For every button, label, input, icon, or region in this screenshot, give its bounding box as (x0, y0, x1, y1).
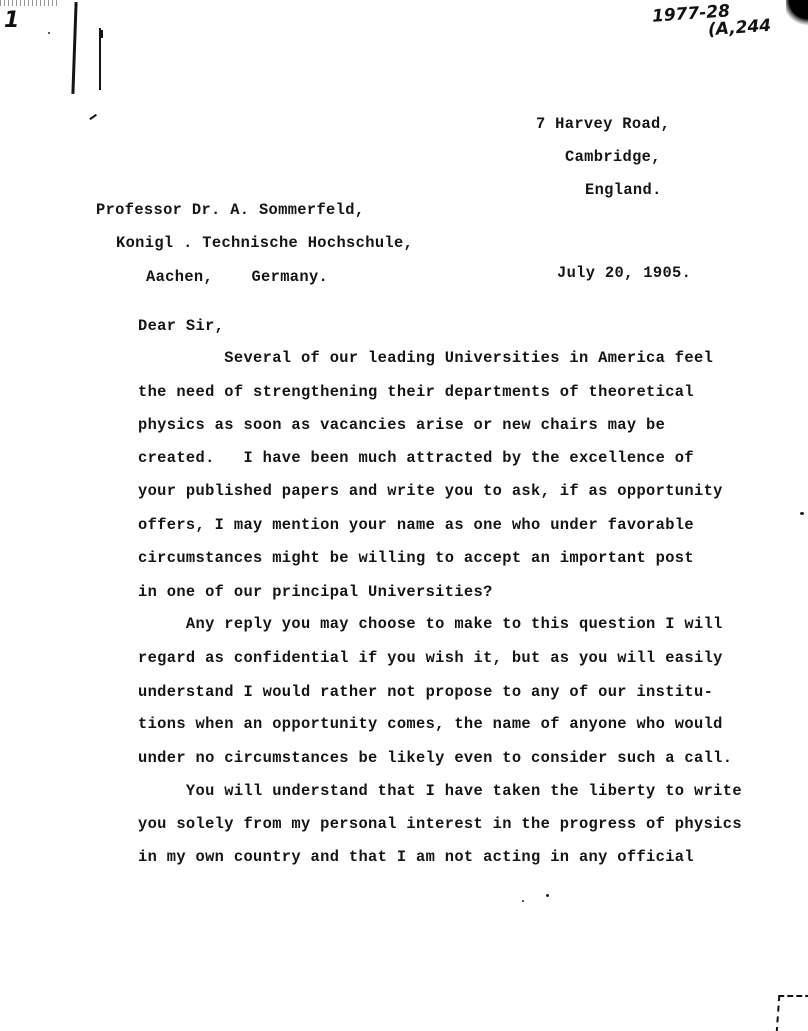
body-line: understand I would rather not propose to… (138, 683, 713, 701)
letter-date: July 20, 1905. (557, 264, 691, 282)
body-line: regard as confidential if you wish it, b… (138, 649, 723, 667)
body-line: Any reply you may choose to make to this… (138, 615, 723, 633)
page-number-annotation: 1 (4, 8, 19, 33)
body-line: under no circumstances be likely even to… (138, 749, 732, 767)
body-line: Several of our leading Universities in A… (138, 349, 713, 367)
body-line: in my own country and that I am not acti… (138, 848, 694, 866)
scan-speck (522, 900, 524, 902)
body-line: the need of strengthening their departme… (138, 383, 694, 401)
recipient-line: Professor Dr. A. Sommerfeld, (96, 201, 364, 219)
scan-corner-blot (786, 0, 808, 26)
body-line: created. I have been much attracted by t… (138, 449, 694, 467)
recipient-line: Konigl . Technische Hochschule, (116, 234, 413, 252)
scan-speck (546, 894, 549, 897)
body-line: tions when an opportunity comes, the nam… (138, 715, 723, 733)
scan-speck (48, 32, 50, 34)
salutation: Dear Sir, (138, 317, 224, 335)
body-line: offers, I may mention your name as one w… (138, 516, 694, 534)
body-line: You will understand that I have taken th… (138, 782, 742, 800)
body-line: physics as soon as vacancies arise or ne… (138, 416, 665, 434)
body-line: in one of our principal Universities? (138, 583, 493, 601)
sender-address-line: England. (585, 181, 662, 199)
letter-page: 1 1977-28 (A,244 7 Harvey Road, Cambridg… (0, 0, 808, 1031)
scan-scratch (89, 114, 96, 120)
scan-noise (0, 0, 60, 6)
recipient-line: Aachen, Germany. (146, 268, 328, 286)
binding-mark-line (71, 2, 77, 94)
page-corner-fold (776, 995, 808, 1031)
body-line: your published papers and write you to a… (138, 482, 723, 500)
archive-ref-sub-annotation: (A,244 (707, 16, 771, 40)
binding-mark-dot (100, 30, 103, 38)
sender-address-line: Cambridge, (565, 148, 661, 166)
sender-address-line: 7 Harvey Road, (536, 115, 670, 133)
body-line: circumstances might be willing to accept… (138, 549, 694, 567)
scan-speck (800, 512, 804, 515)
body-line: you solely from my personal interest in … (138, 815, 742, 833)
